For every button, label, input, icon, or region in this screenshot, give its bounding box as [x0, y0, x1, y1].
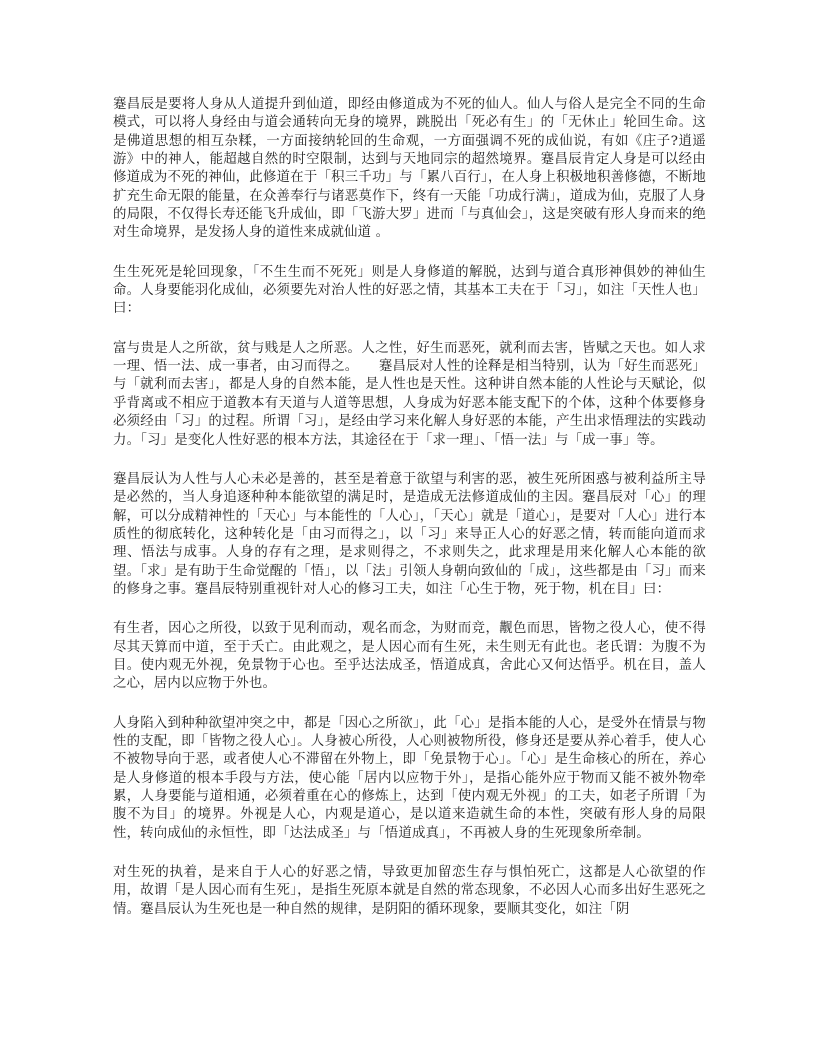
paragraph-4: 蹇昌辰认为人性与人心未必是善的，甚至是着意于欲望与利害的恶，被生死所困惑与被利益…	[113, 471, 706, 599]
paragraph-2: 生生死死是轮回现象，「不生生而不死死」则是人身修道的解脱，达到与道合真形神俱妙的…	[113, 264, 706, 319]
paragraph-5-quote: 有生者，因心之所役，以致于见利而动，观名而念，为财而竞，觏色而思，皆物之役人心，…	[113, 620, 706, 693]
document-page: 蹇昌辰是要将人身从人道提升到仙道，即经由修道成为不死的仙人。仙人与俗人是完全不同…	[0, 0, 816, 1056]
paragraph-1: 蹇昌辰是要将人身从人道提升到仙道，即经由修道成为不死的仙人。仙人与俗人是完全不同…	[113, 96, 706, 243]
document-body: 蹇昌辰是要将人身从人道提升到仙道，即经由修道成为不死的仙人。仙人与俗人是完全不同…	[113, 96, 706, 919]
paragraph-3-quote-commentary: 富与贵是人之所欲，贫与贱是人之所恶。人之性，好生而恶死，就利而去害，皆赋之天也。…	[113, 340, 706, 450]
paragraph-7: 对生死的执着，是来自于人心的好恶之情，导致更加留恋生存与惧怕死亡，这都是人心欲望…	[113, 864, 706, 919]
paragraph-6: 人身陷入到种种欲望冲突之中，都是「因心之所欲」，此「心」是指本能的人心，是受外在…	[113, 715, 706, 843]
